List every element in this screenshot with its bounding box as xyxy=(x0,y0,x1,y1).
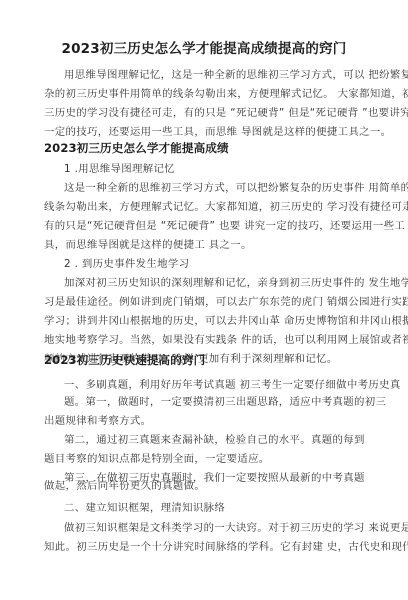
paragraph-line: 一定的技巧，还要运用一些工具，而思维 导图就是这样的便捷工具之一。 xyxy=(44,123,391,138)
section-heading: 2023初三历史怎么学才能提高成绩 xyxy=(44,140,229,156)
document-title: 2023初三历史怎么学才能提高成绩提高的窍门 xyxy=(0,37,408,57)
paragraph-line: 有的只是“死记硬背但是 “死记硬背” 也要 讲究一定的技巧，还要运用一些工 xyxy=(44,217,405,232)
paragraph-line: 具，而思维导图就是这样的便捷工 具之一。 xyxy=(44,236,252,251)
paragraph-line: 地实地考察学习。当然，如果没有实践条 件的话，也可以利用网上展馆或者视 xyxy=(44,331,408,346)
subsection-heading: 1 .用思维导图理解记忆 xyxy=(64,160,175,175)
paragraph-line: 做初三知识框架是文科类学习的一大诀窍。对于初三历史的学习 来说更是 xyxy=(64,519,408,534)
paragraph-line: 做起，然后向年份更久的真题做。 xyxy=(44,477,205,492)
paragraph-line: 三历史的学习没有捷径可走，有的只是 “死记硬背” 但是“死记硬背 ”也要讲究 xyxy=(44,104,408,119)
paragraph-line: 习是最佳途径。例如讲到虎门销烟，可以去广东东莞的虎门 销烟公园进行实践 xyxy=(44,293,408,308)
paragraph-line: 第二，通过初三真题来查漏补缺，检验自己的水平。真题的每到 xyxy=(64,431,365,446)
paragraph-line: 这是一种全新的思维初三学习方式，可以把纷繁复杂的历史事件 用简单的 xyxy=(64,179,408,194)
paragraph-line: 用思维导图理解记忆，这是一种全新的思维初三学习方式，可以 把纷繁复 xyxy=(64,66,408,81)
paragraph-line: 题。第一，做题时，一定要摸清初三出题思路，适应中考真题的初三 xyxy=(64,393,386,408)
section-heading: 2023初三历史快速提高的窍门 xyxy=(44,352,205,368)
paragraph-line: 出题规律和考察方式。 xyxy=(44,412,151,427)
paragraph-line: 学习；讲到井冈山根据地的历史，可以去井冈山革 命历史博物馆和井冈山根据 xyxy=(44,312,408,327)
paragraph-line: 知此。初三历史是一个十分讲究时间脉络的学科。它有封建 史，古代史和现代 xyxy=(44,538,408,553)
subsection-heading: 2 . 到历史事件发生地学习 xyxy=(64,255,189,270)
paragraph-line: 杂的初三历史事件用简单的线条勾勒出来，方便理解式记忆。 大家都知道，初 xyxy=(44,85,408,100)
document-page: 2023初三历史怎么学才能提高成绩提高的窍门 用思维导图理解记忆，这是一种全新的… xyxy=(0,0,408,600)
paragraph-line: 加深对初三历史知识的深刻理解和记忆，亲身到初三历史事件的 发生地学 xyxy=(64,274,408,289)
paragraph-line: 一、多刷真题，利用好历年考试真题 初三考生一定要仔细做中考历史真 xyxy=(64,376,401,391)
paragraph-line: 线条勾勒出来，方便理解式记忆。大家都知道，初三历史的 学习没有捷径可走， xyxy=(44,198,408,213)
paragraph-line: 题目考察的知识点都是特别全面，一定要适应。 xyxy=(44,450,270,465)
subsection-heading: 二、建立知识框架，理清知识脉络 xyxy=(64,499,225,514)
